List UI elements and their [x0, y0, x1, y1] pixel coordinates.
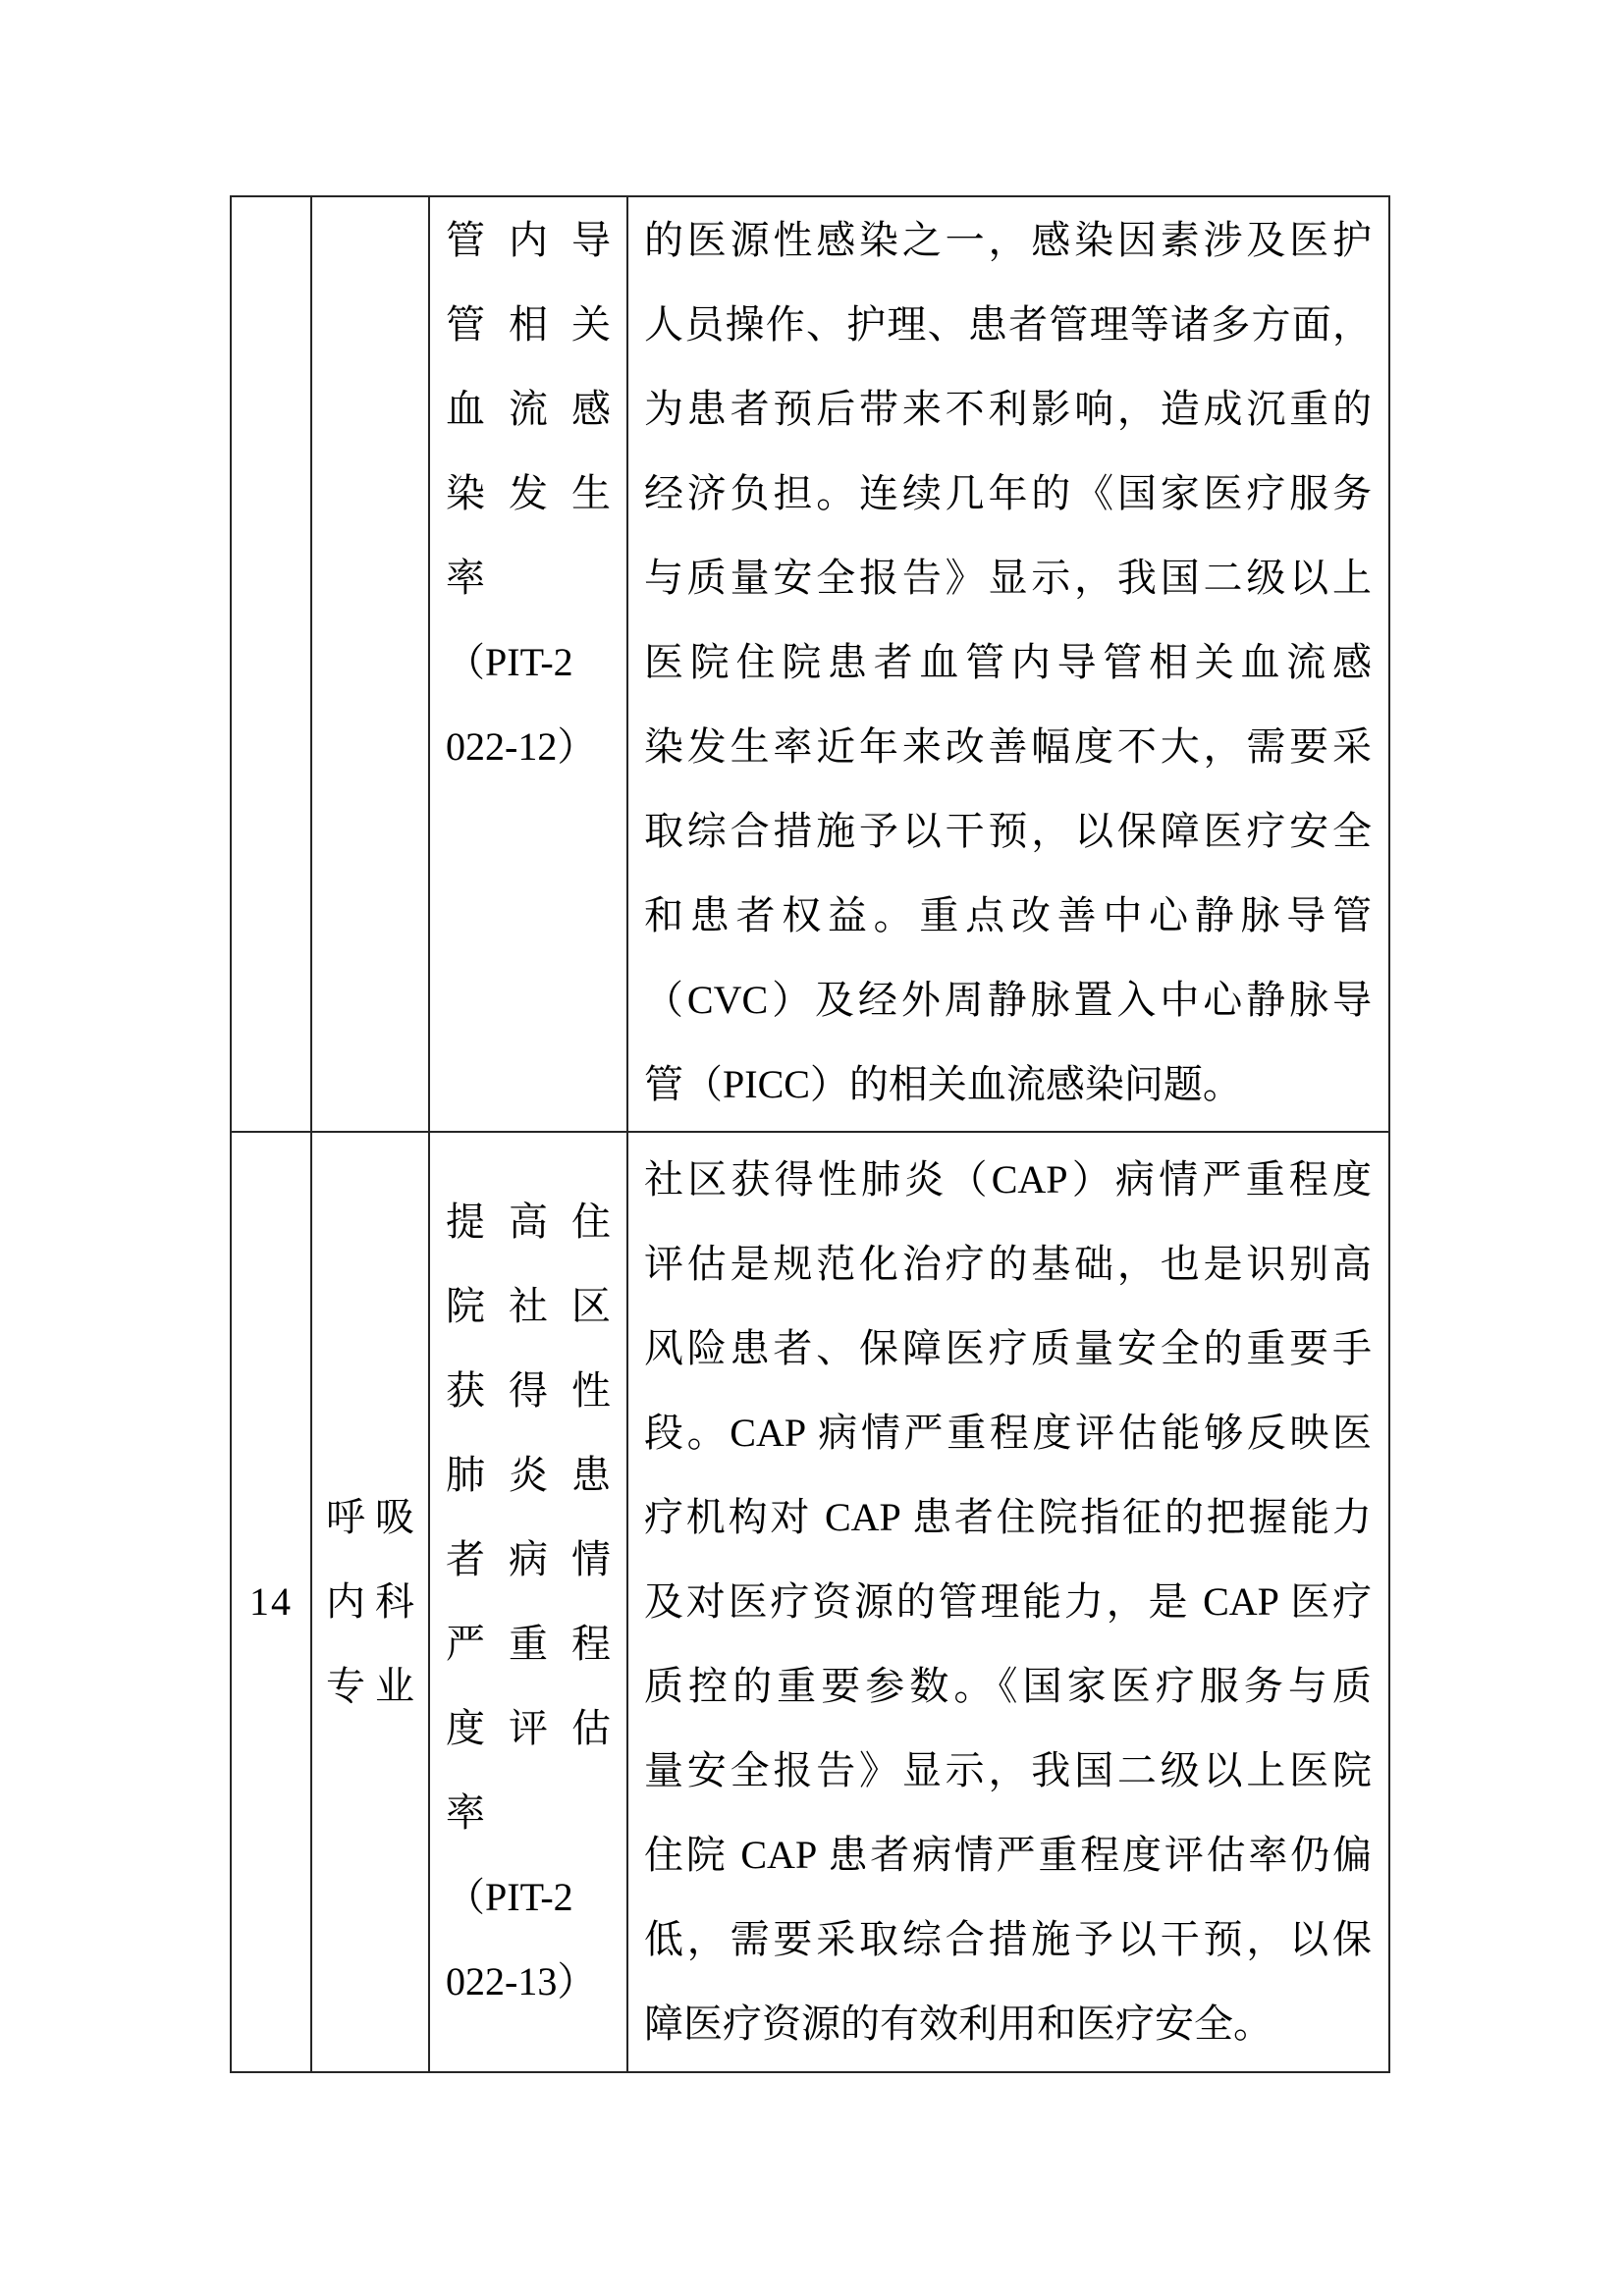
text-line: 率 — [446, 536, 611, 620]
text-line: 与质量安全报告》显示，我国二级以上 — [644, 536, 1372, 620]
text-line: 呼吸 — [326, 1475, 414, 1560]
table-row: 14 呼吸内科专业 提高住院社区获得性肺炎患者病情严重程度评估率（PIT-202… — [232, 1133, 1388, 2071]
text-line: 022-13） — [446, 1940, 611, 2024]
quality-indicator-table: 管内导管相关血流感染发生率（PIT-2022-12） 的医源性感染之一，感染因素… — [230, 195, 1390, 2073]
text-line: 及对医疗资源的管理能力，是 CAP 医疗 — [644, 1560, 1372, 1644]
cell-indicator-description: 社区获得性肺炎（CAP）病情严重程度评估是规范化治疗的基础，也是识别高风险患者、… — [628, 1133, 1388, 2071]
cell-row-number — [232, 197, 312, 1131]
text-line: 医院住院患者血管内导管相关血流感 — [644, 620, 1372, 705]
text-line: 的医源性感染之一，感染因素涉及医护 — [644, 198, 1372, 283]
text-line: 住院 CAP 患者病情严重程度评估率仍偏 — [644, 1813, 1372, 1897]
cell-specialty — [312, 197, 430, 1131]
text-line: （PIT-2 — [446, 620, 611, 705]
text-line: 度评估 — [446, 1686, 611, 1771]
text-line: 障医疗资源的有效利用和医疗安全。 — [644, 1982, 1372, 2066]
text-line: 疗机构对 CAP 患者住院指征的把握能力 — [644, 1475, 1372, 1560]
text-line: 染发生率近年来改善幅度不大，需要采 — [644, 705, 1372, 789]
text-line: 获得性 — [446, 1349, 611, 1433]
text-line: 严重程 — [446, 1602, 611, 1686]
text-line: 管（PICC）的相关血流感染问题。 — [644, 1042, 1372, 1127]
text-line: 段。CAP 病情严重程度评估能够反映医 — [644, 1391, 1372, 1475]
text-line: 评估是规范化治疗的基础，也是识别高 — [644, 1222, 1372, 1307]
text-line: 和患者权益。重点改善中心静脉导管 — [644, 874, 1372, 958]
text-line: 为患者预后带来不利影响，造成沉重的 — [644, 367, 1372, 452]
text-line: 管相关 — [446, 283, 611, 367]
text-line: 管内导 — [446, 198, 611, 283]
text-line: 专业 — [326, 1644, 414, 1729]
cell-specialty: 呼吸内科专业 — [312, 1133, 430, 2071]
text-line: 者病情 — [446, 1518, 611, 1602]
text-line: 经济负担。连续几年的《国家医疗服务 — [644, 452, 1372, 536]
text-line: 取综合措施予以干预，以保障医疗安全 — [644, 789, 1372, 874]
text-line: 量安全报告》显示，我国二级以上医院 — [644, 1729, 1372, 1813]
text-line: 提高住 — [446, 1180, 611, 1264]
text-line: 院社区 — [446, 1264, 611, 1349]
text-line: 内科 — [326, 1560, 414, 1644]
cell-indicator-description: 的医源性感染之一，感染因素涉及医护人员操作、护理、患者管理等诸多方面，为患者预后… — [628, 197, 1388, 1131]
table-row: 管内导管相关血流感染发生率（PIT-2022-12） 的医源性感染之一，感染因素… — [232, 197, 1388, 1133]
text-line: 风险患者、保障医疗质量安全的重要手 — [644, 1307, 1372, 1391]
text-line: 质控的重要参数。《国家医疗服务与质 — [644, 1644, 1372, 1729]
text-line: 022-12） — [446, 705, 611, 789]
text-line: 染发生 — [446, 452, 611, 536]
text-line: （CVC）及经外周静脉置入中心静脉导 — [644, 958, 1372, 1042]
text-line: 率 — [446, 1771, 611, 1855]
text-line: 血流感 — [446, 367, 611, 452]
text-line: 社区获得性肺炎（CAP）病情严重程度 — [644, 1138, 1372, 1222]
text-line: （PIT-2 — [446, 1855, 611, 1940]
cell-indicator-name: 管内导管相关血流感染发生率（PIT-2022-12） — [430, 197, 628, 1131]
text-line: 肺炎患 — [446, 1433, 611, 1518]
document-page: 管内导管相关血流感染发生率（PIT-2022-12） 的医源性感染之一，感染因素… — [0, 0, 1624, 2296]
text-line: 低，需要采取综合措施予以干预，以保 — [644, 1897, 1372, 1982]
text-line: 人员操作、护理、患者管理等诸多方面， — [644, 283, 1372, 367]
cell-indicator-name: 提高住院社区获得性肺炎患者病情严重程度评估率（PIT-2022-13） — [430, 1133, 628, 2071]
text-line: 14 — [249, 1560, 293, 1644]
cell-row-number: 14 — [232, 1133, 312, 2071]
